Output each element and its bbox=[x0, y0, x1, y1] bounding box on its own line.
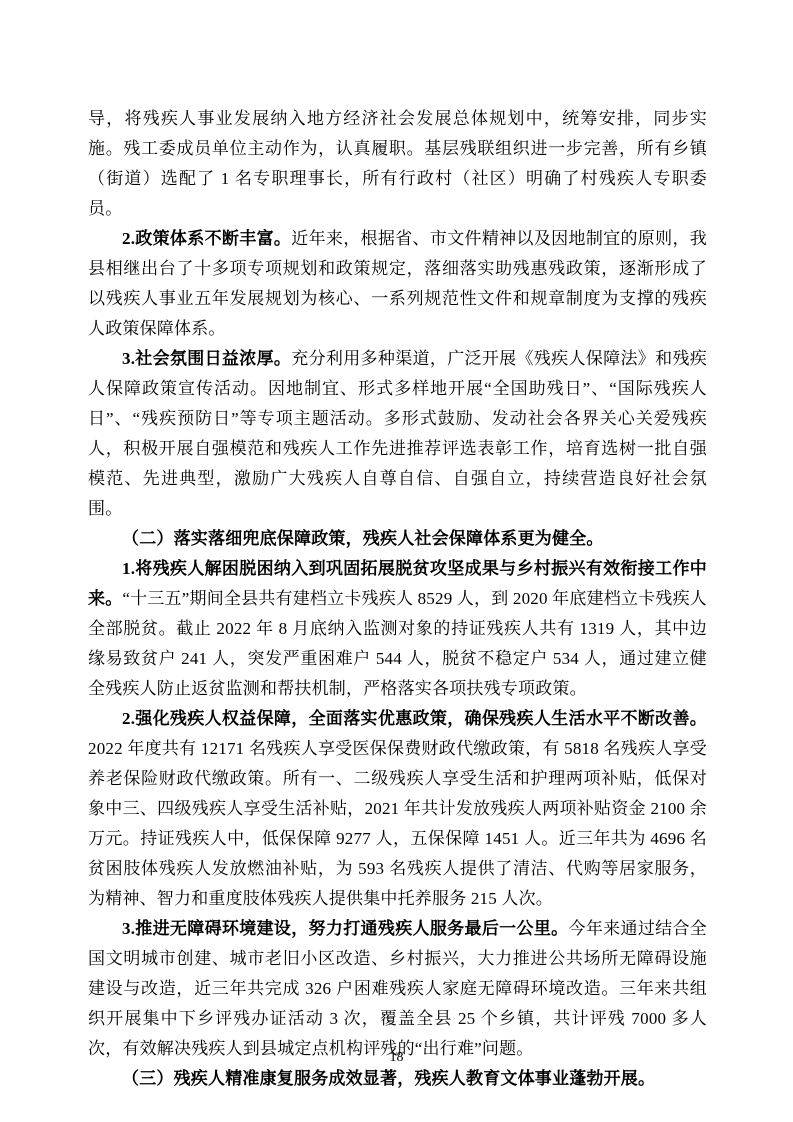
section-heading-3: （三）残疾人精准康复服务成效显著，残疾人教育文体事业蓬勃开展。 bbox=[88, 1064, 707, 1094]
paragraph-lead: 3.推进无障碍环境建设，努力打通残疾人服务最后一公里。 bbox=[122, 919, 569, 938]
section-heading-text: （三）残疾人精准康复服务成效显著，残疾人教育文体事业蓬勃开展。 bbox=[122, 1069, 655, 1088]
document-page: 导，将残疾人事业发展纳入地方经济社会发展总体规划中，统筹安排，同步实施。残工委成… bbox=[0, 0, 793, 1122]
paragraph-text: “十三五”期间全县共有建档立卡残疾人 8529 人，到 2020 年底建档立卡残… bbox=[88, 589, 707, 698]
section-heading-text: （二）落实落细兜底保障政策，残疾人社会保障体系更为健全。 bbox=[122, 529, 604, 548]
paragraph-rights-protection: 2.强化残疾人权益保障，全面落实优惠政策，确保残疾人生活水平不断改善。2022 … bbox=[88, 704, 707, 914]
paragraph-poverty-relief: 1.将残疾人解困脱困纳入到巩固拓展脱贫攻坚成果与乡村振兴有效衔接工作中来。“十三… bbox=[88, 554, 707, 704]
page-number: 18 bbox=[0, 1050, 793, 1066]
paragraph-text: 今年来通过结合全国文明城市创建、城市老旧小区改造、乡村振兴，大力推进公共场所无障… bbox=[88, 919, 707, 1058]
paragraph-text: 2022 年度共有 12171 名残疾人享受医保保费财政代缴政策，有 5818 … bbox=[88, 739, 707, 908]
section-heading-2: （二）落实落细兜底保障政策，残疾人社会保障体系更为健全。 bbox=[88, 524, 707, 554]
paragraph-social-atmosphere: 3.社会氛围日益浓厚。充分利用多种渠道，广泛开展《残疾人保障法》和残疾人保障政策… bbox=[88, 344, 707, 524]
document-body: 导，将残疾人事业发展纳入地方经济社会发展总体规划中，统筹安排，同步实施。残工委成… bbox=[88, 104, 707, 1094]
paragraph-text: 充分利用多种渠道，广泛开展《残疾人保障法》和残疾人保障政策宣传活动。因地制宜、形… bbox=[88, 349, 707, 518]
paragraph-lead: 2.政策体系不断丰富。 bbox=[122, 229, 291, 248]
paragraph-text: 导，将残疾人事业发展纳入地方经济社会发展总体规划中，统筹安排，同步实施。残工委成… bbox=[88, 109, 707, 218]
paragraph-continuation: 导，将残疾人事业发展纳入地方经济社会发展总体规划中，统筹安排，同步实施。残工委成… bbox=[88, 104, 707, 224]
paragraph-lead: 3.社会氛围日益浓厚。 bbox=[122, 349, 291, 368]
paragraph-accessibility: 3.推进无障碍环境建设，努力打通残疾人服务最后一公里。今年来通过结合全国文明城市… bbox=[88, 914, 707, 1064]
paragraph-policy-system: 2.政策体系不断丰富。近年来，根据省、市文件精神以及因地制宜的原则，我县相继出台… bbox=[88, 224, 707, 344]
paragraph-lead: 2.强化残疾人权益保障，全面落实优惠政策，确保残疾人生活水平不断改善。 bbox=[122, 709, 707, 728]
